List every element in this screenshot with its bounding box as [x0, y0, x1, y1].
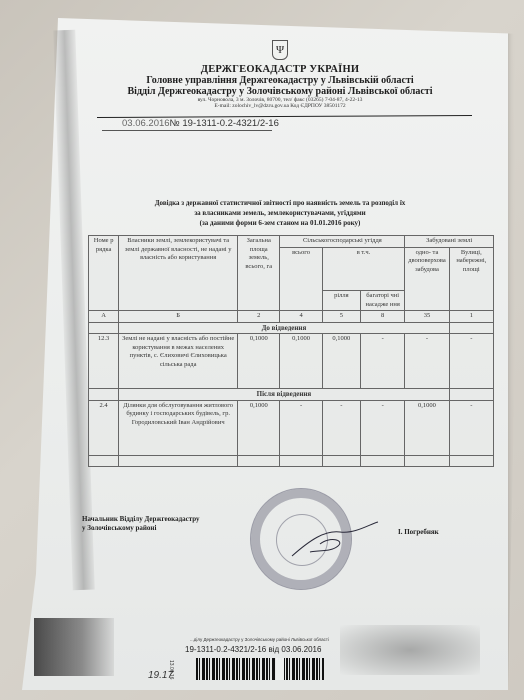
section-before: До відведення [119, 322, 449, 334]
position-line-2: у Золочівському районі [82, 524, 200, 533]
title-line-3: (за даними форми 6-зем станом на 01.01.2… [110, 218, 450, 228]
column-codes-row: А Б 2 4 5 8 35 1 [89, 311, 494, 323]
row-number: 2.4 [89, 400, 119, 455]
division-name: Відділ Держгеокадастру у Золочівському р… [120, 86, 440, 97]
code-cell: Б [119, 311, 238, 323]
header-owners: Власники землі, землекористувачі та земл… [119, 236, 238, 311]
code-cell: 35 [405, 311, 449, 323]
document-number-line: 03.06.2016№ 19-1311-0.2-4321/2-16 [122, 118, 279, 129]
letterhead: Ψ ДЕРЖГЕОКАДАСТР УКРАЇНИ Головне управлі… [120, 40, 440, 109]
underline [102, 130, 272, 131]
header-residential: одно- та двоповерхова забудова [405, 247, 449, 311]
table-row: 2.4 Ділянки для обслуговування житлового… [89, 400, 494, 455]
barcode-icon [196, 658, 324, 680]
header-total-area: Загальна площа земель, всього, га [238, 236, 280, 311]
registration-number: 19-1311-0.2-4321/2-16 від 03.06.2016 [185, 645, 321, 654]
title-line-2: за власниками земель, землекористувачами… [110, 208, 450, 218]
code-cell: 4 [280, 311, 322, 323]
barcode-gap [276, 658, 284, 680]
section-after: Після відведення [119, 389, 449, 401]
header-row-no: Номе р рядка [89, 236, 119, 311]
contacts: E-mail: zolochiv_lv@dzru.gov.ua Код ЄДРП… [120, 103, 440, 109]
title-line-1: Довідка з державної статистичної звітнос… [110, 198, 450, 208]
value-perennial: - [361, 400, 405, 455]
table-row: 12.3 Землі не надані у власність або пос… [89, 334, 494, 389]
side-print: 13.06.16 [168, 660, 174, 679]
value-residential: - [405, 334, 449, 389]
toner-smudge [340, 625, 480, 675]
header-perennial: багаторі чні насадже ння [361, 291, 405, 311]
certificate-title: Довідка з державної статистичної звітнос… [110, 198, 450, 228]
row-owner: Землі не надані у власність або постійне… [119, 334, 238, 389]
value-arable: 0,1000 [322, 334, 360, 389]
document-number: № 19-1311-0.2-4321/2-16 [170, 118, 279, 129]
row-number: 12.3 [89, 334, 119, 389]
spacer-cell [89, 389, 119, 401]
row-owner: Ділянки для обслуговування житлового буд… [119, 400, 238, 455]
header-incl: в т.ч. [322, 247, 405, 291]
scan-shadow [34, 618, 114, 676]
signature-icon [290, 520, 380, 560]
document-date: 03.06.2016 [122, 118, 170, 129]
agency-name: ДЕРЖГЕОКАДАСТР УКРАЇНИ [120, 64, 440, 75]
trident-icon: Ψ [272, 40, 288, 60]
header-agri-group: Сільськогосподарські угіддя [280, 236, 405, 248]
header-streets: Вулиці, набережні, площі [449, 247, 493, 311]
value-streets: - [449, 334, 493, 389]
signatory-position: Начальник Відділу Держгеокадастру у Золо… [82, 515, 200, 533]
signatory-name: І. Погребняк [398, 528, 439, 536]
empty-row [89, 455, 494, 466]
header-builtup-group: Забудовані землі [405, 236, 494, 248]
footer-label: ...ділу Держгеокадастру у Золочівському … [190, 637, 329, 642]
header-agri-total: всього [280, 247, 322, 311]
value-arable: - [322, 400, 360, 455]
value-agri-total: - [280, 400, 322, 455]
code-cell: 1 [449, 311, 493, 323]
spacer-cell [89, 322, 119, 334]
value-streets: - [449, 400, 493, 455]
header-arable: рілля [322, 291, 360, 311]
value-agri-total: 0,1000 [280, 334, 322, 389]
main-department: Головне управління Держгеокадастру у Льв… [120, 75, 440, 86]
value-total: 0,1000 [238, 400, 280, 455]
value-perennial: - [361, 334, 405, 389]
land-statistics-table: Номе р рядка Власники землі, землекорист… [88, 235, 494, 467]
value-residential: 0,1000 [405, 400, 449, 455]
spacer-cell [449, 389, 493, 401]
code-cell: 8 [361, 311, 405, 323]
value-total: 0,1000 [238, 334, 280, 389]
code-cell: 2 [238, 311, 280, 323]
code-cell: 5 [322, 311, 360, 323]
code-cell: А [89, 311, 119, 323]
position-line-1: Начальник Відділу Держгеокадастру [82, 515, 200, 524]
spacer-cell [449, 322, 493, 334]
